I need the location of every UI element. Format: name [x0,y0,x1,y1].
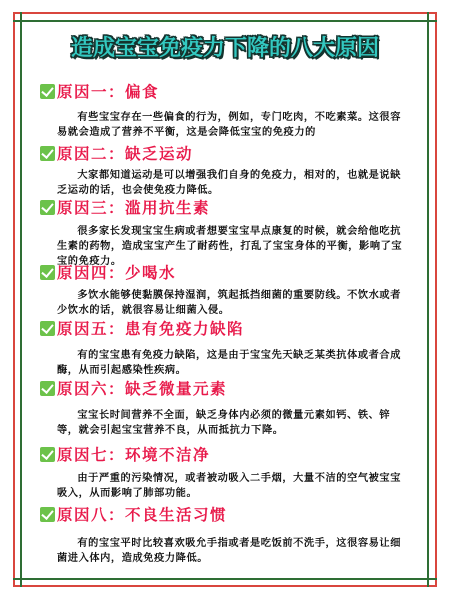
section-reason-7: 原因七：环境不洁净 由于严重的污染情况，或者被动吸入二手烟，大量不洁的空气被宝宝… [40,443,405,501]
heading-text: 原因三：滥用抗生素 [57,196,210,218]
heading-text: 原因七：环境不洁净 [57,443,210,465]
section-heading: 原因六：缺乏微量元素 [40,377,405,399]
inner-green-frame-right [427,12,429,587]
section-body: 有些宝宝存在一些偏食的行为，例如，专门吃肉，不吃素菜。这很容易就会造成了营养不平… [57,110,405,140]
check-mark-icon [40,146,55,161]
heading-text: 原因一：偏食 [57,80,159,102]
check-mark-icon [40,321,55,336]
heading-text: 原因五：患有免疫力缺陷 [57,317,244,339]
check-mark-icon [40,84,55,99]
inner-green-frame-left [20,12,22,587]
section-heading: 原因四：少喝水 [40,261,405,283]
section-reason-4: 原因四：少喝水 多饮水能够使黏膜保持湿润，筑起抵挡细菌的重要防线。不饮水或者少饮… [40,261,405,318]
section-heading: 原因七：环境不洁净 [40,443,405,465]
section-body: 有的宝宝平时比较喜欢吸允手指或者是吃饭前不洗手，这很容易让细菌进入体内，造成免疫… [57,536,405,566]
page-title: 造成宝宝免疫力下降的八大原因 [0,31,450,62]
check-mark-icon [40,200,55,215]
section-body: 宝宝长时间营养不全面，缺乏身体内必须的微量元素如钙、铁、锌等，就会引起宝宝营养不… [57,408,405,438]
section-body: 由于严重的污染情况，或者被动吸入二手烟，大量不洁的空气被宝宝吸入，从而影响了肺部… [57,471,405,501]
check-mark-icon [40,265,55,280]
check-mark-icon [40,381,55,396]
section-body: 有的宝宝患有免疫力缺陷，这是由于宝宝先天缺乏某类抗体或者合成酶，从而引起感染性疾… [57,348,405,378]
section-heading: 原因五：患有免疫力缺陷 [40,317,405,339]
heading-text: 原因八：不良生活习惯 [57,503,227,525]
section-heading: 原因三：滥用抗生素 [40,196,405,218]
section-body: 大家都知道运动是可以增强我们自身的免疫力，相对的，也就是说缺乏运动的话，也会使免… [57,168,405,198]
section-reason-5: 原因五：患有免疫力缺陷 有的宝宝患有免疫力缺陷，这是由于宝宝先天缺乏某类抗体或者… [40,317,405,378]
inner-green-frame-top [13,20,437,22]
section-reason-8: 原因八：不良生活习惯 有的宝宝平时比较喜欢吸允手指或者是吃饭前不洗手，这很容易让… [40,503,405,566]
inner-green-frame-bottom [13,578,437,580]
section-body: 多饮水能够使黏膜保持湿润，筑起抵挡细菌的重要防线。不饮水或者少饮水的话，就很容易… [57,288,405,318]
section-heading: 原因二：缺乏运动 [40,142,405,164]
heading-text: 原因四：少喝水 [57,261,176,283]
section-heading: 原因一：偏食 [40,80,405,102]
section-reason-2: 原因二：缺乏运动 大家都知道运动是可以增强我们自身的免疫力，相对的，也就是说缺乏… [40,142,405,198]
section-reason-6: 原因六：缺乏微量元素 宝宝长时间营养不全面，缺乏身体内必须的微量元素如钙、铁、锌… [40,377,405,438]
heading-text: 原因六：缺乏微量元素 [57,377,227,399]
heading-text: 原因二：缺乏运动 [57,142,193,164]
section-heading: 原因八：不良生活习惯 [40,503,405,525]
check-mark-icon [40,447,55,462]
section-reason-3: 原因三：滥用抗生素 很多家长发现宝宝生病或者想要宝宝早点康复的时候，就会给他吃抗… [40,196,405,269]
check-mark-icon [40,507,55,522]
section-reason-1: 原因一：偏食 有些宝宝存在一些偏食的行为，例如，专门吃肉，不吃素菜。这很容易就会… [40,80,405,140]
